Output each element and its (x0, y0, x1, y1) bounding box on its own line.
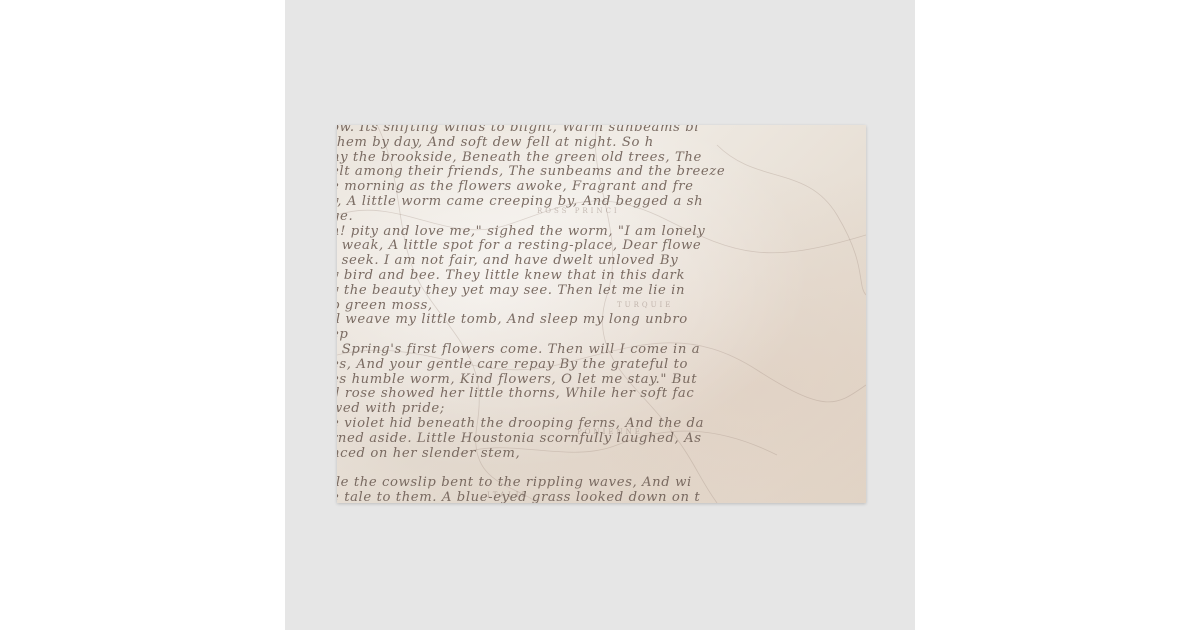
script-line: y, A little worm came creeping by, And b… (337, 195, 866, 210)
script-line: wed with pride; (337, 402, 866, 417)
script-line: t Spring's first flowers come. Then will… (337, 343, 866, 358)
script-line: I seek. I am not fair, and have dwelt un… (337, 254, 866, 269)
script-line: e violet hid beneath the drooping ferns,… (337, 417, 866, 432)
script-line: rned aside. Little Houstonia scornfully … (337, 432, 866, 447)
script-line: elt among their friends, The sunbeams an… (337, 165, 866, 180)
script-line: t weak, A little spot for a resting-plac… (337, 239, 866, 254)
script-line: d rose showed her little thorns, While h… (337, 387, 866, 402)
script-line (337, 461, 866, 476)
script-line: e tale to them. A blue-eyed grass looked… (337, 491, 866, 503)
script-line: ep (337, 328, 866, 343)
handwritten-script: ow. Its shifting winds to blight, Warm s… (337, 125, 866, 503)
script-line: es humble worm, Kind flowers, O let me s… (337, 373, 866, 388)
script-line: y the beauty they yet may see. Then let … (337, 284, 866, 299)
script-line: h! pity and love me," sighed the worm, "… (337, 225, 866, 240)
script-line: ge. (337, 210, 866, 225)
script-line: them by day, And soft dew fell at night.… (337, 136, 866, 151)
script-line: p green moss, (337, 299, 866, 314)
script-line: es, And your gentle care repay By the gr… (337, 358, 866, 373)
script-map-paper: ROSS PRINCI TURQUIE PONIENNE ITALIE ow. … (337, 125, 866, 503)
script-line: ny the brookside, Beneath the green old … (337, 151, 866, 166)
script-line: il weave my little tomb, And sleep my lo… (337, 313, 866, 328)
script-line: e morning as the flowers awoke, Fragrant… (337, 180, 866, 195)
script-line: ile the cowslip bent to the rippling wav… (337, 476, 866, 491)
script-line: nced on her slender stem, (337, 447, 866, 462)
script-line: y bird and bee. They little knew that in… (337, 269, 866, 284)
